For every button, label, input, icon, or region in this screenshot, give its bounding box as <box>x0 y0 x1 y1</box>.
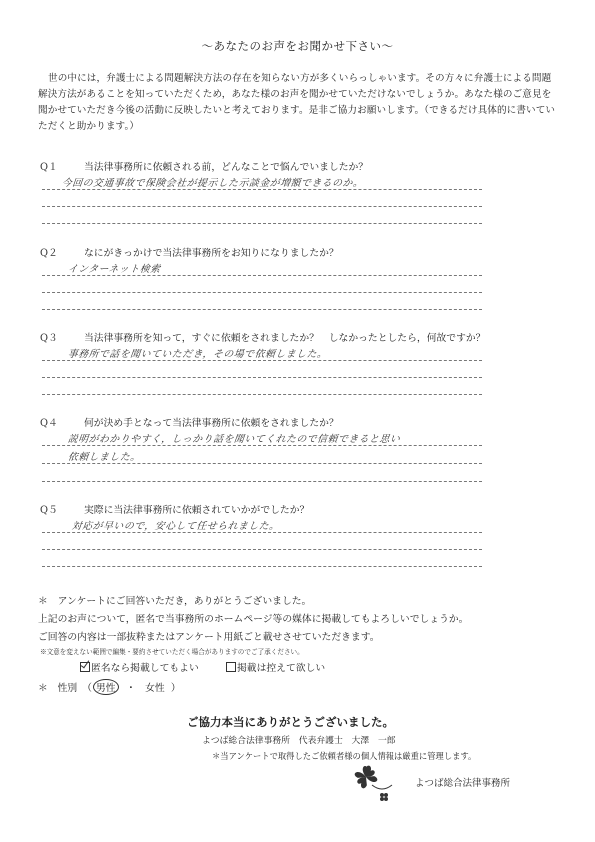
checkbox-checked-icon[interactable] <box>80 662 90 672</box>
answer-line <box>42 292 482 293</box>
gender-female[interactable]: 女性 <box>145 683 165 694</box>
footer-signature: よつば総合法律事務所 代表弁護士 大澤 一郎 <box>202 733 396 746</box>
question-number: Q２ <box>40 245 84 259</box>
option-allow-anonymous[interactable]: 匿名なら掲載してもよい <box>80 660 199 674</box>
gender-field: ＊ 性別 （ 男性 ・ 女性 ） <box>38 680 181 694</box>
permission-question: 上記のお声について，匿名で当事務所のホームページ等の媒体に掲載してもよろしいでし… <box>38 611 468 625</box>
answer-line <box>42 549 482 550</box>
answer-line <box>42 532 482 533</box>
answer-line <box>42 189 482 190</box>
gender-prefix: ＊ 性別 （ <box>38 683 92 694</box>
question-text: 当法律事務所に依頼される前，どんなことで悩んでいましたか？ <box>84 162 368 173</box>
answer-2-line-1[interactable]: インターネット検索 <box>67 261 161 275</box>
question-number: Q１ <box>40 159 84 173</box>
answer-line <box>42 360 482 361</box>
answer-line <box>42 445 482 446</box>
answer-line <box>42 275 482 276</box>
question-text: 当法律事務所を知って，すぐに依頼をされましたか？ しなかったとしたら，何故ですか… <box>84 333 485 344</box>
answer-5-line-1[interactable]: 対応が早いので，安心して任せられました。 <box>71 518 280 532</box>
gender-suffix: ） <box>171 683 181 694</box>
answer-line <box>42 223 482 224</box>
gender-male-selected[interactable]: 男性 <box>93 679 119 695</box>
document-title: ～あなたのお声をお聞かせ下さい～ <box>0 38 595 54</box>
question-text: 何が決め手となって当法律事務所に依頼をされましたか？ <box>84 418 339 429</box>
footer-thanks: ご協力本当にありがとうございました。 <box>187 714 394 730</box>
question-number: Q３ <box>40 330 84 344</box>
question-5: Q５実際に当法律事務所に依頼されていかがでしたか？ <box>40 502 309 516</box>
answer-4-line-1[interactable]: 説明がわかりやすく，しっかり話を聞いてくれたので信頼できると思い <box>67 431 401 445</box>
answer-1-line-1[interactable]: 今回の交通事故で保険会社が提示した示談金が増額できるのか。 <box>61 175 364 189</box>
answer-4-line-2[interactable]: 依頼しました。 <box>67 449 141 463</box>
footer-logo-text: よつば総合法律事務所 <box>415 775 510 789</box>
option-label: 匿名なら掲載してもよい <box>91 663 199 674</box>
answer-line <box>42 481 482 482</box>
question-text: 実際に当法律事務所に依頼されていかがでしたか？ <box>84 505 309 516</box>
answer-line <box>42 377 482 378</box>
question-3: Q３当法律事務所を知って，すぐに依頼をされましたか？ しなかったとしたら，何故で… <box>40 330 485 344</box>
answer-line <box>42 206 482 207</box>
edit-note: ※文意を変えない範囲で編集・要約させていただく場合がありますのでご了承ください。 <box>40 646 304 656</box>
option-label: 掲載は控えて欲しい <box>237 663 325 674</box>
answer-line <box>42 394 482 395</box>
option-decline-publication[interactable]: 掲載は控えて欲しい <box>226 660 325 674</box>
question-number: Q５ <box>40 502 84 516</box>
question-text: なにがきっかけで当法律事務所をお知りになりましたか？ <box>84 248 339 259</box>
thanks-note: ＊ アンケートにご回答いただき，ありがとうございました。 <box>38 593 311 607</box>
content-note: ご回答の内容は一部抜粋またはアンケート用紙ごと載せさせていただきます。 <box>38 629 380 643</box>
question-1: Q１当法律事務所に依頼される前，どんなことで悩んでいましたか？ <box>40 159 368 173</box>
answer-line <box>42 463 482 464</box>
gender-separator: ・ <box>126 683 136 694</box>
clover-logo-icon <box>352 763 412 803</box>
intro-paragraph: 世の中には，弁護士による問題解決方法の存在を知らない方が多くいらっしゃいます。そ… <box>38 71 560 135</box>
question-4: Q４何が決め手となって当法律事務所に依頼をされましたか？ <box>40 415 339 429</box>
question-number: Q４ <box>40 415 84 429</box>
answer-line <box>42 566 482 567</box>
answer-3-line-1[interactable]: 事務所で話を聞いていただき，その場で依頼しました。 <box>67 346 328 360</box>
privacy-note: ＊当アンケートで取得したご依頼者様の個人情報は厳重に管理します。 <box>212 750 476 762</box>
question-2: Q２なにがきっかけで当法律事務所をお知りになりましたか？ <box>40 245 339 259</box>
answer-line <box>42 309 482 310</box>
checkbox-icon[interactable] <box>226 662 236 672</box>
